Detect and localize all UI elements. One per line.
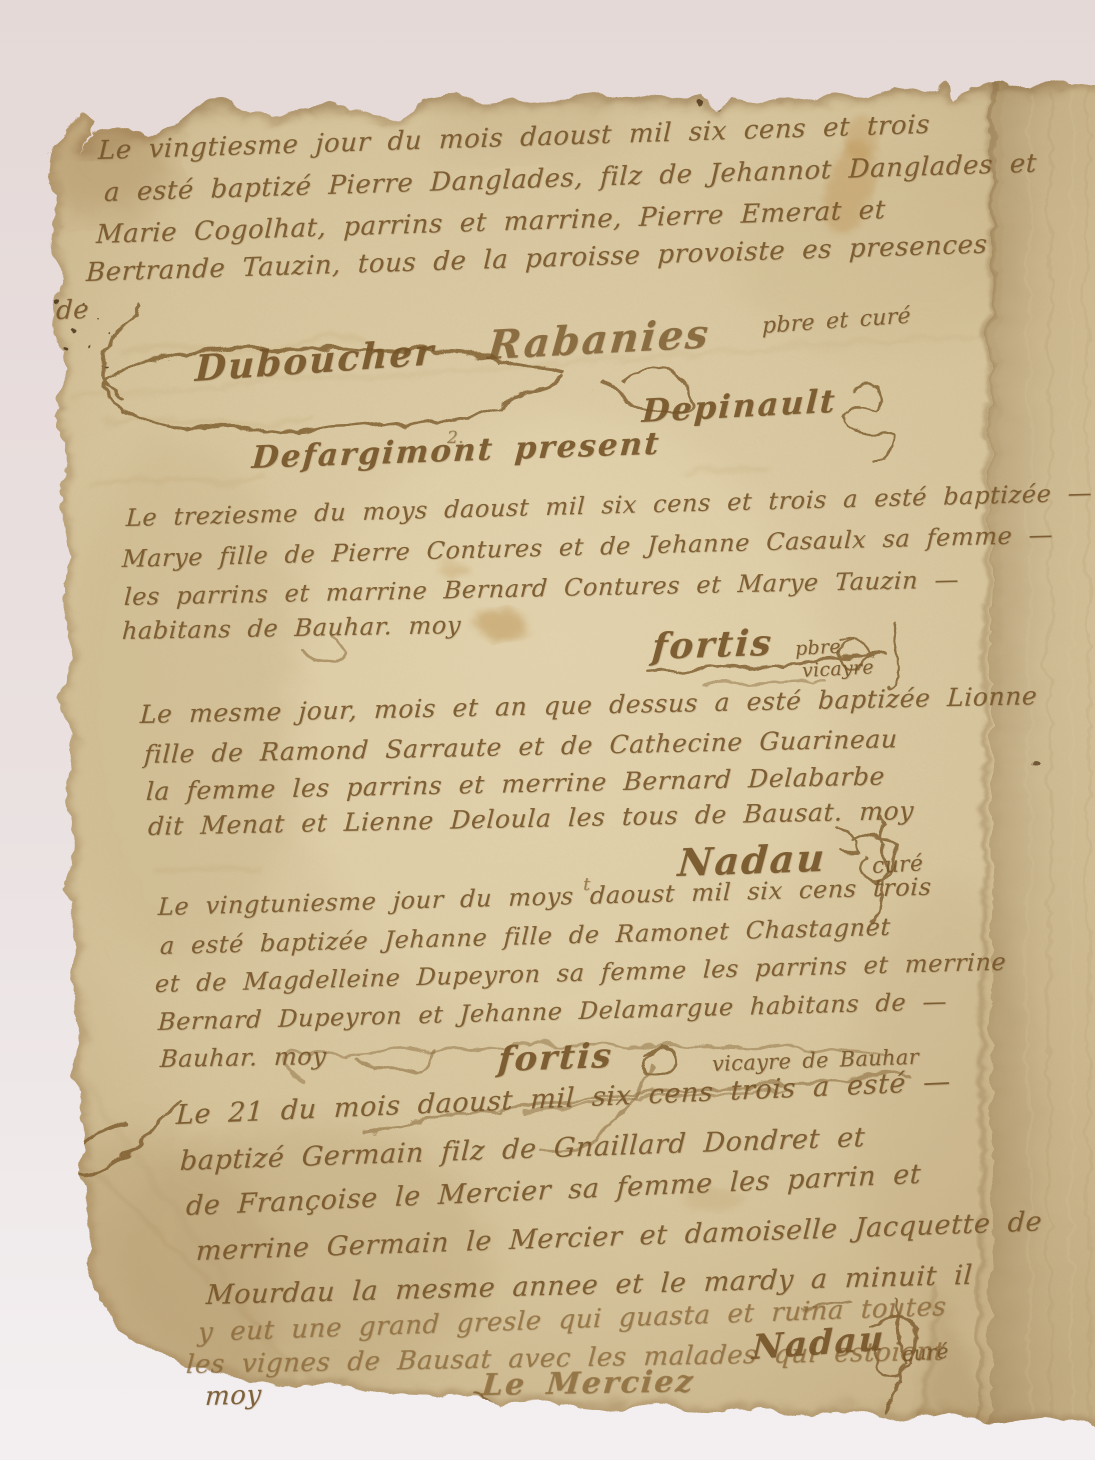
entry-line: moy: [204, 1380, 262, 1412]
entry-line: habitans de Bauhar. moy: [121, 611, 462, 645]
signature-title: vicayre: [801, 656, 874, 682]
manuscript-photo: Le vingtiesme jour du mois daoust mil si…: [0, 0, 1095, 1460]
paper-stain: [470, 608, 530, 636]
signature-fortis: fortis: [497, 1036, 615, 1080]
signature-fortis: fortis: [651, 622, 775, 668]
signature-title: curé: [901, 1339, 949, 1366]
signature-lemerciez: Le Merciez: [480, 1364, 696, 1403]
entry-line: Bauhar. moy: [159, 1042, 327, 1073]
signature-title: pbre: [794, 636, 841, 660]
entry-line: de: [55, 295, 89, 326]
interlinear-insert-mark: t: [583, 874, 591, 895]
